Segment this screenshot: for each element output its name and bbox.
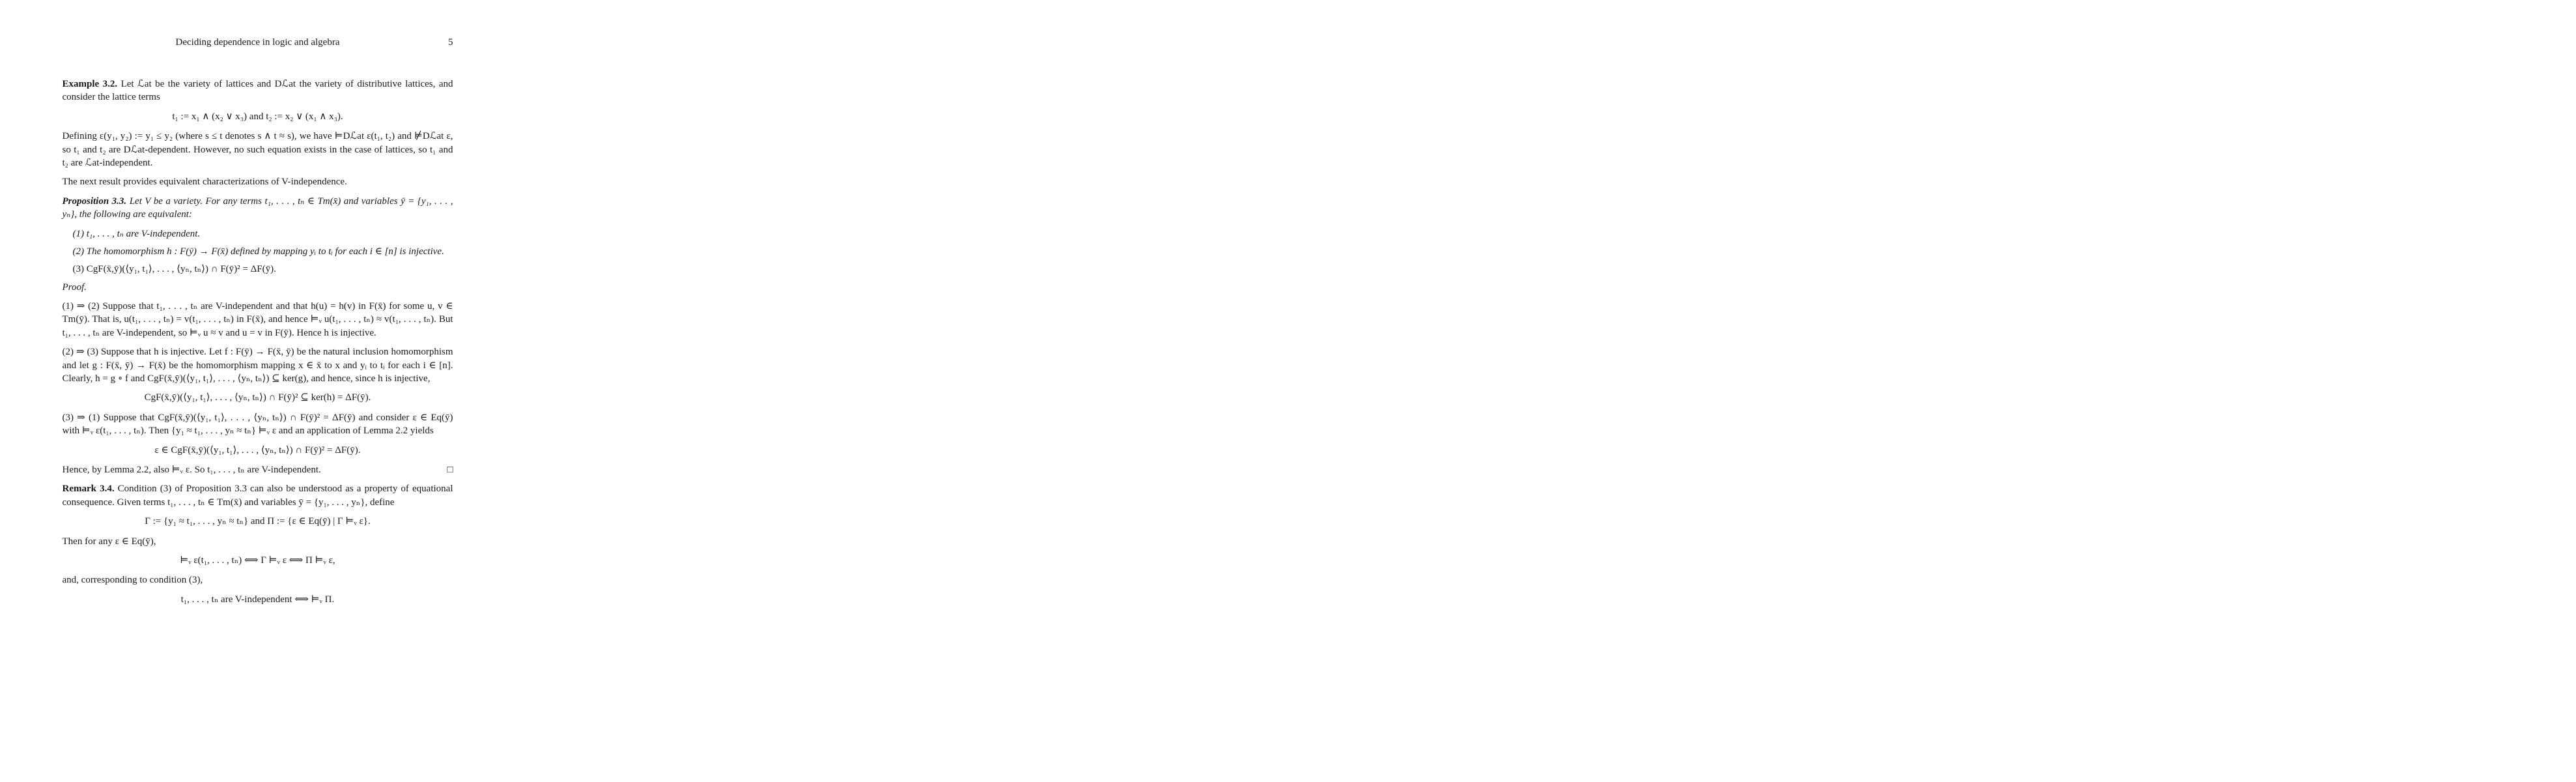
block-label: Remark 3.4.	[63, 484, 118, 494]
display-equation: ε ∈ CgF(x̄,ȳ)(⟨y₁, t₁⟩, . . . , ⟨yₙ, tₙ⟩…	[63, 444, 453, 457]
block-label: Proposition 3.3.	[63, 196, 130, 207]
page-body: Example 3.2. Let ℒat be the variety of l…	[63, 78, 453, 606]
running-head: Deciding dependence in logic and algebra…	[63, 37, 453, 50]
list-item: (1) t₁, . . . , tₙ are V-independent.	[63, 227, 453, 240]
paragraph: Defining ε(y₁, y₂) := y₁ ≤ y₂ (where s ≤…	[63, 130, 453, 169]
paragraph: (2) ⇒ (3) Suppose that h is injective. L…	[63, 345, 453, 385]
page-5: Deciding dependence in logic and algebra…	[0, 0, 515, 782]
paragraph: and, corresponding to condition (3),	[63, 573, 453, 586]
block-label: Example 3.2.	[63, 79, 121, 89]
paragraph: Example 3.2. Let ℒat be the variety of l…	[63, 78, 453, 104]
display-equation: ⊨ᵥ ε(t₁, . . . , tₙ) ⟺ Γ ⊨ᵥ ε ⟺ Π ⊨ᵥ ε,	[63, 554, 453, 567]
paragraph: The next result provides equivalent char…	[63, 175, 453, 188]
paragraph: (3) ⇒ (1) Suppose that CgF(x̄,ȳ)(⟨y₁, t₁…	[63, 411, 453, 438]
display-equation: t₁ := x₁ ∧ (x₂ ∨ x₃) and t₂ := x₂ ∨ (x₁ …	[63, 110, 453, 123]
document-canvas: arXiv:2106.10100v1 [math.LO] 18 Jun 2021…	[0, 0, 2576, 782]
display-equation: t₁, . . . , tₙ are V-independent ⟺ ⊨ᵥ Π.	[63, 593, 453, 606]
paragraph: □Hence, by Lemma 2.2, also ⊨ᵥ ε. So t₁, …	[63, 463, 453, 476]
list-item: (3) CgF(x̄,ȳ)(⟨y₁, t₁⟩, . . . , ⟨yₙ, tₙ⟩…	[63, 263, 453, 276]
running-title: Deciding dependence in logic and algebra	[176, 37, 340, 48]
list-item: (2) The homomorphism h : F(ȳ) → F(x̄) de…	[63, 245, 453, 258]
display-equation: Γ := {y₁ ≈ t₁, . . . , yₙ ≈ tₙ} and Π :=…	[63, 515, 453, 528]
display-equation: CgF(x̄,ȳ)(⟨y₁, t₁⟩, . . . , ⟨yₙ, tₙ⟩) ∩ …	[63, 391, 453, 404]
paragraph: Remark 3.4. Condition (3) of Proposition…	[63, 482, 453, 509]
paragraph: Proposition 3.3. Let V be a variety. For…	[63, 195, 453, 222]
page-5-content: Deciding dependence in logic and algebra…	[63, 37, 453, 606]
paragraph: Then for any ε ∈ Eq(ȳ),	[63, 535, 453, 548]
page-number: 5	[448, 37, 453, 48]
qed-symbol: □	[447, 463, 453, 476]
paragraph: Proof.	[63, 281, 453, 294]
paragraph: (1) ⇒ (2) Suppose that t₁, . . . , tₙ ar…	[63, 300, 453, 340]
